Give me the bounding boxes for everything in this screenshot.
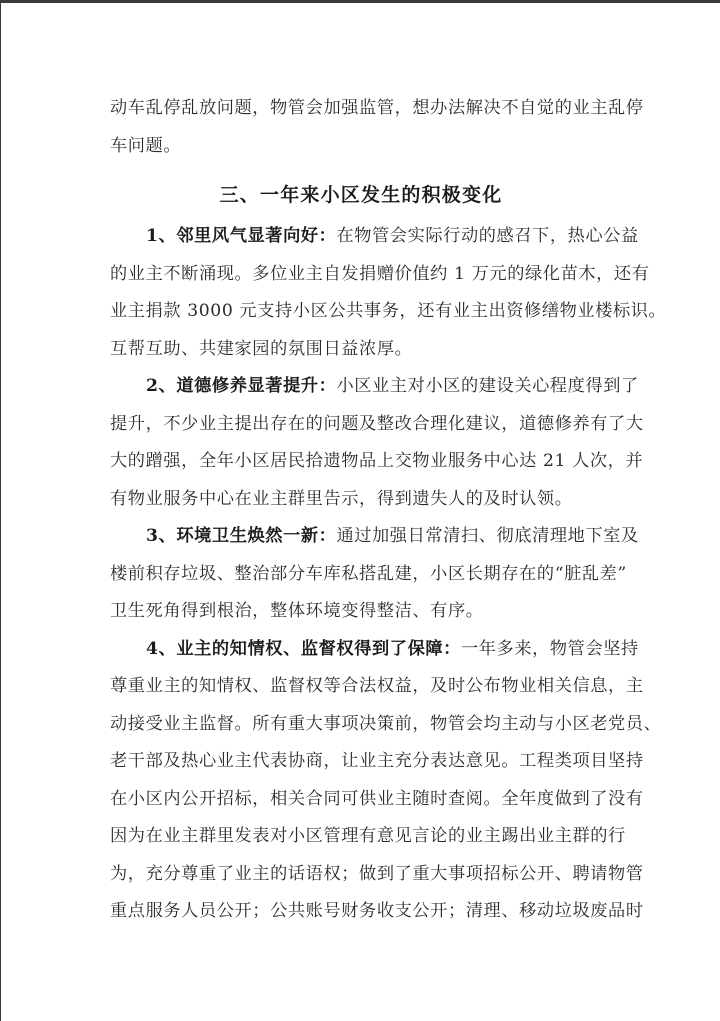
item-text: 小区业主对小区的建设关心程度得到了 [336,376,638,396]
paragraph-line: 提升，不少业主提出存在的问题及整改合理化建议，道德修养有了大 [110,409,612,447]
item-title: 2、道德修养显著提升： [146,376,336,396]
paragraph-line: 互帮互助、共建家园的氛围日益浓厚。 [110,334,612,372]
item-text: 通过加强日常清扫、彻底清理地下室及 [336,526,638,546]
item-title: 4、业主的知情权、监督权得到了保障： [146,639,461,659]
paragraph-line: 的业主不断涌现。多位业主自发捐赠价值约 1 万元的绿化苗木，还有 [110,259,612,297]
item-title: 3、环境卫生焕然一新： [146,526,336,546]
item-2-first-line: 2、道德修养显著提升：小区业主对小区的建设关心程度得到了 [110,371,612,409]
paragraph-line: 动车乱停乱放问题，物管会加强监管，想办法解决不自觉的业主乱停 [110,93,612,131]
paragraph-line: 老干部及热心业主代表协商，让业主充分表达意见。工程类项目坚持 [110,746,612,784]
paragraph-line: 大的蹭强，全年小区居民拾遗物品上交物业服务中心达 21 人次，并 [110,446,612,484]
paragraph-line: 因为在业主群里发表对小区管理有意见言论的业主踢出业主群的行 [110,821,612,859]
item-1-first-line: 1、邻里风气显著向好：在物管会实际行动的感召下，热心公益 [110,221,612,259]
section-heading: 三、一年来小区发生的积极变化 [110,172,612,218]
paragraph-line: 车问题。 [110,131,612,169]
paragraph-line: 有物业服务中心在业主群里告示，得到遗失人的及时认领。 [110,484,612,522]
viewer-top-bar [0,0,720,3]
item-4-first-line: 4、业主的知情权、监督权得到了保障：一年多来，物管会坚持 [110,634,612,672]
paragraph-line: 卫生死角得到根治，整体环境变得整洁、有序。 [110,596,612,634]
paragraph-line: 尊重业主的知情权、监督权等合法权益，及时公布物业相关信息，主 [110,671,612,709]
paragraph-line: 为，充分尊重了业主的话语权；做到了重大事项招标公开、聘请物管 [110,859,612,897]
item-text: 一年多来，物管会坚持 [461,639,639,659]
paragraph-line: 业主捐款 3000 元支持小区公共事务，还有业主出资修缮物业楼标识。 [110,296,612,334]
paragraph-line: 重点服务人员公开；公共账号财务收支公开；清理、移动垃圾废品时 [110,896,612,934]
paragraph-line: 动接受业主监督。所有重大事项决策前，物管会均主动与小区老党员、 [110,709,612,747]
item-3-first-line: 3、环境卫生焕然一新：通过加强日常清扫、彻底清理地下室及 [110,521,612,559]
item-title: 1、邻里风气显著向好： [146,226,336,246]
page-left-border [0,0,1,1021]
document-page: 动车乱停乱放问题，物管会加强监管，想办法解决不自觉的业主乱停 车问题。 三、一年… [110,93,612,934]
paragraph-line: 在小区内公开招标，相关合同可供业主随时查阅。全年度做到了没有 [110,784,612,822]
paragraph-line: 楼前积存垃圾、整治部分车库私搭乱建，小区长期存在的“脏乱差” [110,559,612,597]
item-text: 在物管会实际行动的感召下，热心公益 [336,226,638,246]
